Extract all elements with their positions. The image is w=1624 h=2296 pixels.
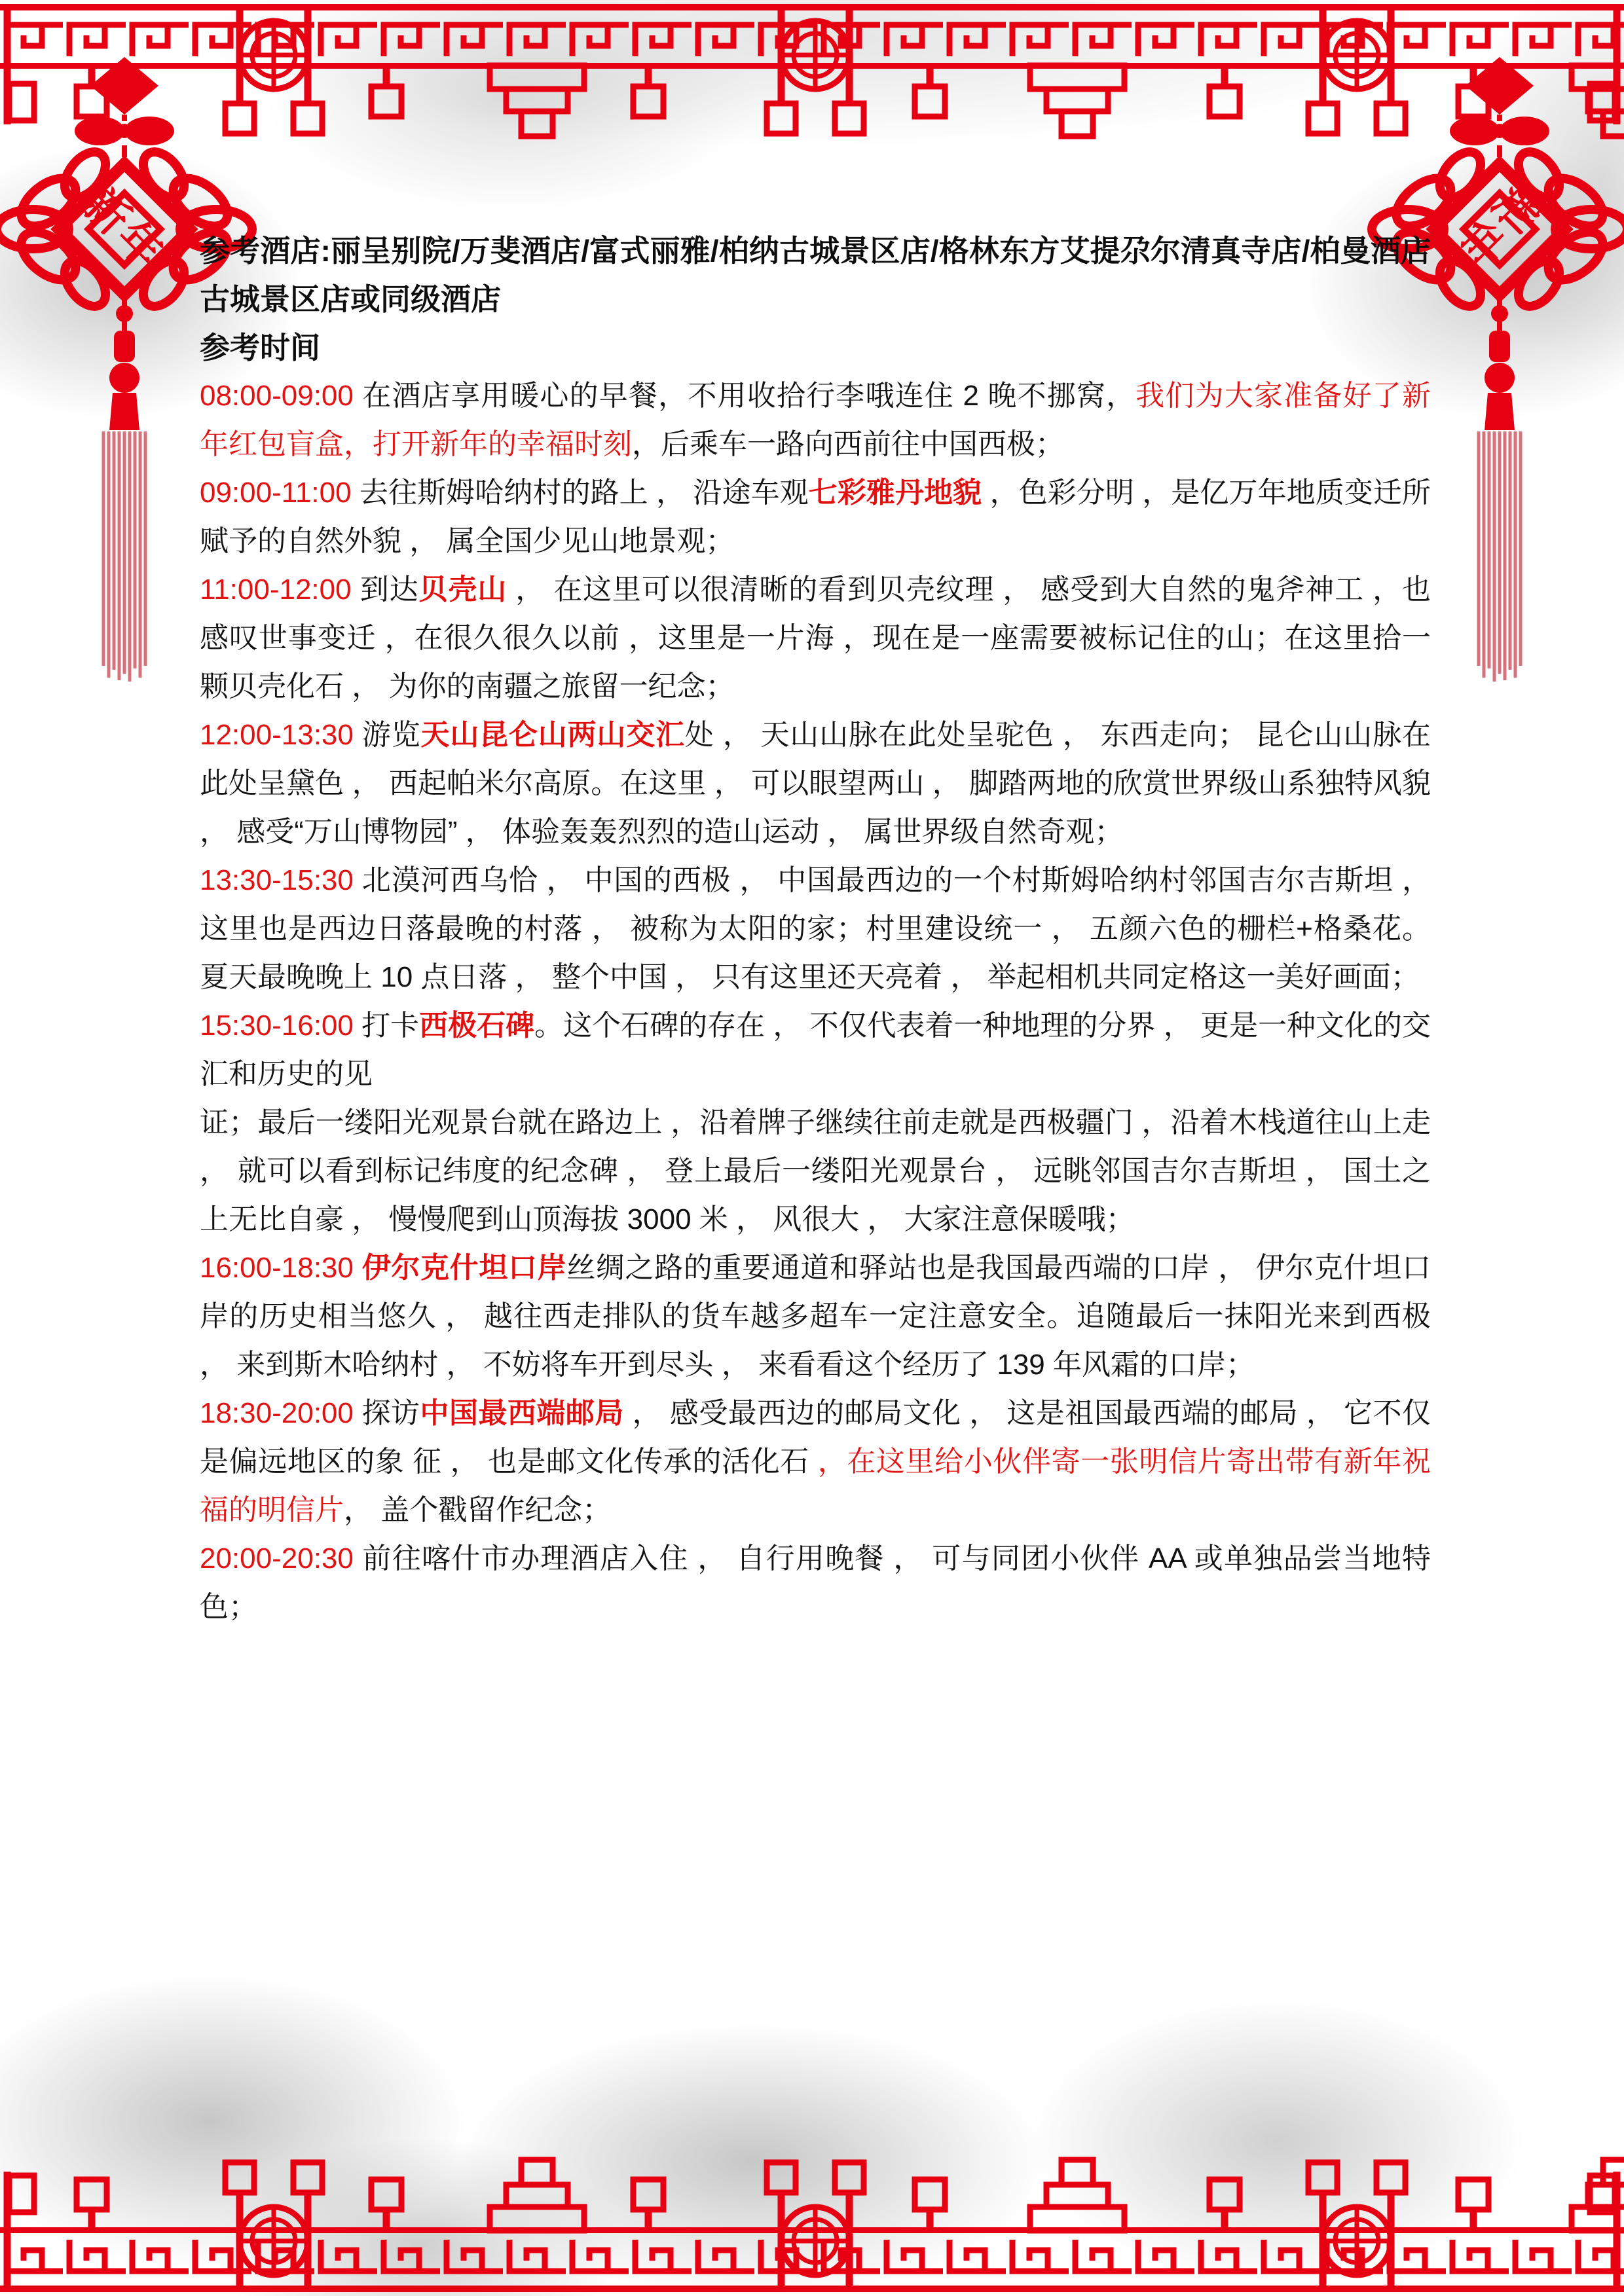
schedule-entry: 18:30-20:00 探访中国最西端邮局 ， 感受最西边的邮局文化 ， 这是祖…	[200, 1389, 1431, 1535]
entry-time: 13:30-15:30	[200, 864, 354, 896]
entry-keyword: 天山昆仑山两山交汇	[421, 719, 685, 751]
entry-keyword: 贝壳山	[418, 574, 507, 606]
entry-text	[354, 1252, 362, 1284]
schedule-entry-continuation: 证；最后一缕阳光观景台就在路边上 ，沿着牌子继续往前走就是西极疆门 ，沿着木栈道…	[200, 1099, 1431, 1244]
schedule-entry: 08:00-09:00 在酒店享用暖心的早餐，不用收拾行李哦连住 2 晚不挪窝，…	[200, 372, 1431, 469]
entry-time: 08:00-09:00	[200, 380, 354, 412]
entry-time: 11:00-12:00	[200, 574, 352, 606]
entry-time: 15:30-16:00	[200, 1010, 354, 1042]
schedule-entry: 20:00-20:30 前往喀什市办理酒店入住 ， 自行用晚餐 ， 可与同团小伙…	[200, 1535, 1431, 1631]
entry-time: 18:30-20:00	[200, 1397, 354, 1429]
entry-text: 在酒店享用暖心的早餐，不用收拾行李哦连住 2 晚不挪窝，	[354, 380, 1135, 412]
entry-text: 游览	[354, 719, 421, 751]
schedule-entry: 11:00-12:00 到达贝壳山 ， 在这里可以很清晰的看到贝壳纹理 ， 感受…	[200, 566, 1431, 711]
entry-time: 20:00-20:30	[200, 1542, 354, 1575]
bottom-border	[0, 2160, 1624, 2292]
top-border	[0, 4, 1624, 136]
entry-text: 证；最后一缕阳光观景台就在路边上 ，沿着牌子继续往前走就是西极疆门 ，沿着木栈道…	[200, 1106, 1431, 1235]
entry-time: 16:00-18:30	[200, 1252, 354, 1284]
schedule-entry: 13:30-15:30 北漠河西乌恰 ， 中国的西极 ， 中国最西边的一个村斯姆…	[200, 856, 1431, 1002]
schedule-entry: 16:00-18:30 伊尔克什坦口岸丝绸之路的重要通道和驿站也是我国最西端的口…	[200, 1244, 1431, 1389]
entry-text: 北漠河西乌恰 ， 中国的西极 ， 中国最西边的一个村斯姆哈纳村邻国吉尔吉斯坦 ，…	[200, 864, 1431, 993]
entry-time: 09:00-11:00	[200, 477, 352, 509]
entry-text: 探访	[354, 1397, 420, 1429]
reference-hotels: 参考酒店:丽呈别院/万斐酒店/富式丽雅/柏纳古城景区店/格林东方艾提尕尔清真寺店…	[200, 227, 1431, 323]
entry-keyword: 七彩雅丹地貌	[809, 477, 982, 509]
entry-text: ，后乘车一路向西前往中国西极；	[632, 428, 1064, 460]
entry-keyword: 中国最西端邮局	[420, 1397, 624, 1429]
entry-keyword: 西极石碑	[419, 1010, 534, 1042]
schedule-entry: 15:30-16:00 打卡西极石碑。这个石碑的存在 ， 不仅代表着一种地理的分…	[200, 1002, 1431, 1099]
schedule-entry: 09:00-11:00 去往斯姆哈纳村的路上 ， 沿途车观七彩雅丹地貌 ，色彩分…	[200, 469, 1431, 566]
itinerary-content: 参考酒店:丽呈别院/万斐酒店/富式丽雅/柏纳古城景区店/格林东方艾提尕尔清真寺店…	[200, 227, 1431, 1631]
entry-text: 前往喀什市办理酒店入住 ， 自行用晚餐 ， 可与同团小伙伴 AA 或单独品尝当地…	[200, 1542, 1431, 1623]
entry-time: 12:00-13:30	[200, 719, 354, 751]
schedule-entry: 12:00-13:30 游览天山昆仑山两山交汇处 ， 天山山脉在此处呈驼色 ， …	[200, 711, 1431, 856]
entry-text: ， 盖个戳留作纪念；	[344, 1494, 611, 1526]
entry-text: 去往斯姆哈纳村的路上 ， 沿途车观	[352, 477, 809, 509]
entry-text: 打卡	[354, 1010, 419, 1042]
entry-keyword: 伊尔克什坦口岸	[362, 1252, 567, 1284]
schedule-heading: 参考时间	[200, 323, 1431, 372]
entry-text: 到达	[352, 574, 419, 606]
itinerary-page: 新年	[0, 0, 1624, 2296]
